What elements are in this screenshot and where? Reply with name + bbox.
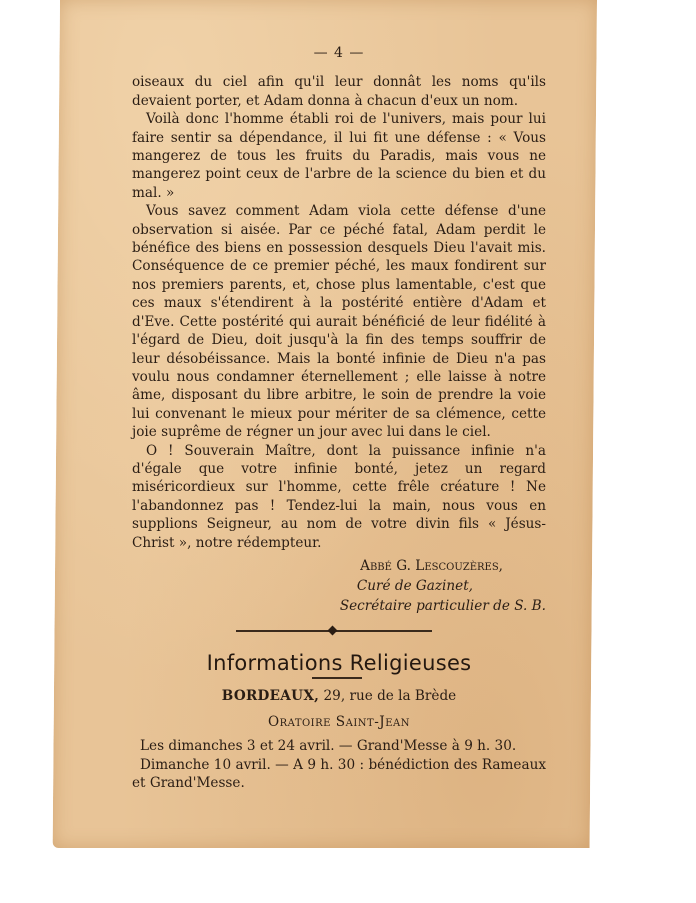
signature-role-secretary: Secrétaire particulier de S. B. [132, 596, 546, 616]
page-number: — 4 — [132, 44, 546, 62]
location-city: BORDEAUX, [222, 688, 319, 704]
paragraph-3: Vous savez comment Adam viola cette défe… [132, 202, 546, 441]
signature-role-cure: Curé de Gazinet, [132, 576, 546, 596]
section-title: Informations Religieuses [132, 654, 546, 672]
diamond-ornament-icon [328, 626, 338, 636]
document-content: — 4 — oiseaux du ciel afin qu'il leur do… [132, 44, 546, 793]
signature-block: Abbé G. Lescouzères, Curé de Gazinet, Se… [132, 556, 546, 616]
title-underline [312, 677, 362, 679]
location-line: BORDEAUX, 29, rue de la Brède [132, 687, 546, 705]
events-list: Les dimanches 3 et 24 avril. — Grand'Mes… [132, 737, 546, 792]
event-item: Dimanche 10 avril. — A 9 h. 30 : bénédic… [132, 756, 546, 793]
paragraph-4: O ! Souverain Maître, dont la puissance … [132, 442, 546, 552]
location-address: 29, rue de la Brède [319, 688, 456, 704]
ornamental-divider [236, 630, 432, 632]
signature-name: Abbé G. Lescouzères, [132, 556, 546, 576]
paragraph-1: oiseaux du ciel afin qu'il leur donnât l… [132, 73, 546, 110]
event-item: Les dimanches 3 et 24 avril. — Grand'Mes… [132, 737, 546, 755]
paragraph-2: Voilà donc l'homme établi roi de l'unive… [132, 110, 546, 202]
oratory-name: Oratoire Saint-Jean [132, 713, 546, 731]
